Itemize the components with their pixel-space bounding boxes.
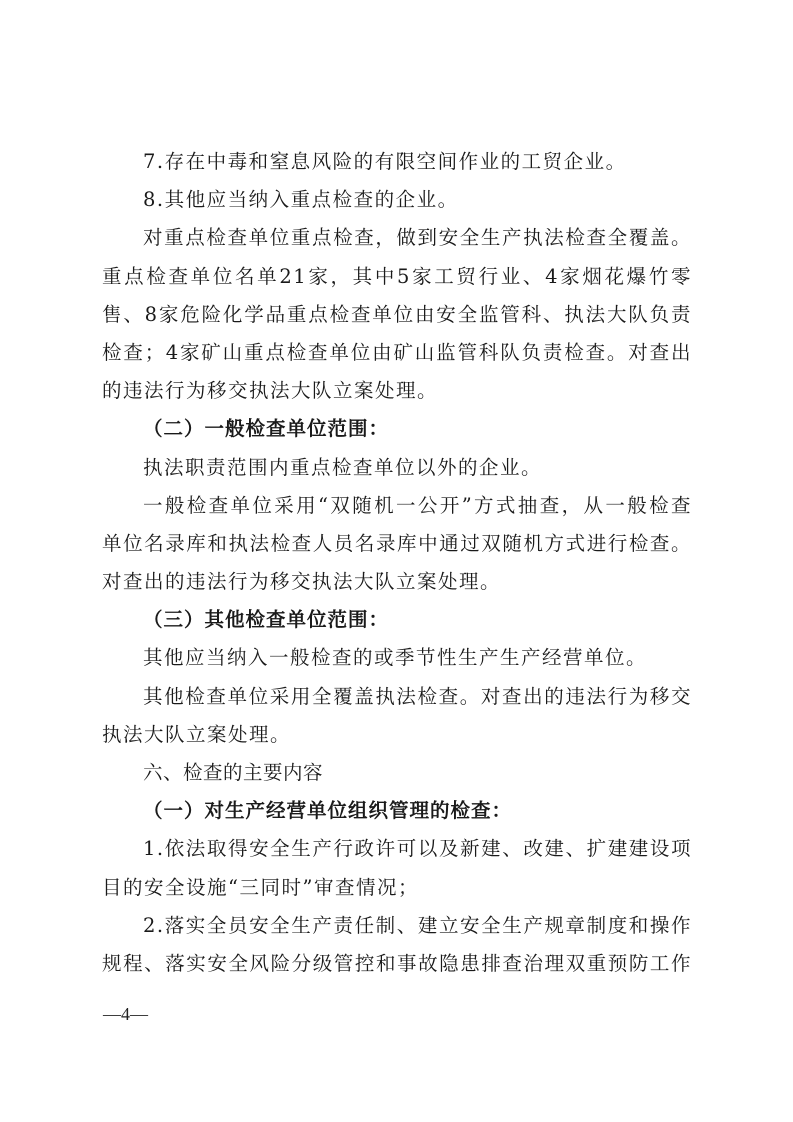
document-page: 7.存在中毒和窒息风险的有限空间作业的工贸企业。8.其他应当纳入重点检查的企业。… (102, 143, 692, 983)
text-line: 检查；4家矿山重点检查单位由矿山监管科队负责检查。对查出 (102, 334, 692, 372)
text-line: 7.存在中毒和窒息风险的有限空间作业的工贸企业。 (102, 143, 692, 181)
section-subheading: （二）一般检查单位范围： (102, 410, 692, 448)
section-heading: 六、检查的主要内容 (102, 754, 692, 792)
document-body: 7.存在中毒和窒息风险的有限空间作业的工贸企业。8.其他应当纳入重点检查的企业。… (102, 143, 692, 983)
text-line: 对重点检查单位重点检查，做到安全生产执法检查全覆盖。 (102, 219, 692, 257)
section-subheading: （一）对生产经营单位组织管理的检查： (102, 792, 692, 830)
text-line: 其他检查单位采用全覆盖执法检查。对查出的违法行为移交 (102, 678, 692, 716)
text-line: 对查出的违法行为移交执法大队立案处理。 (102, 563, 692, 601)
text-line: 的违法行为移交执法大队立案处理。 (102, 372, 692, 410)
page-number: —4— (103, 1004, 148, 1025)
text-line: 规程、落实安全风险分级管控和事故隐患排查治理双重预防工作 (102, 945, 692, 983)
text-line: 目的安全设施“三同时”审查情况； (102, 869, 692, 907)
text-line: 1.依法取得安全生产行政许可以及新建、改建、扩建建设项 (102, 830, 692, 868)
text-line: 重点检查单位名单21家，其中5家工贸行业、4家烟花爆竹零 (102, 258, 692, 296)
text-line: 售、8家危险化学品重点检查单位由安全监管科、执法大队负责 (102, 296, 692, 334)
section-subheading: （三）其他检查单位范围： (102, 601, 692, 639)
text-line: 执法大队立案处理。 (102, 716, 692, 754)
text-line: 单位名录库和执法检查人员名录库中通过双随机方式进行检查。 (102, 525, 692, 563)
text-line: 2.落实全员安全生产责任制、建立安全生产规章制度和操作 (102, 907, 692, 945)
text-line: 一般检查单位采用“双随机一公开”方式抽查，从一般检查 (102, 487, 692, 525)
text-line: 执法职责范围内重点检查单位以外的企业。 (102, 449, 692, 487)
text-line: 8.其他应当纳入重点检查的企业。 (102, 181, 692, 219)
text-line: 其他应当纳入一般检查的或季节性生产生产经营单位。 (102, 639, 692, 677)
